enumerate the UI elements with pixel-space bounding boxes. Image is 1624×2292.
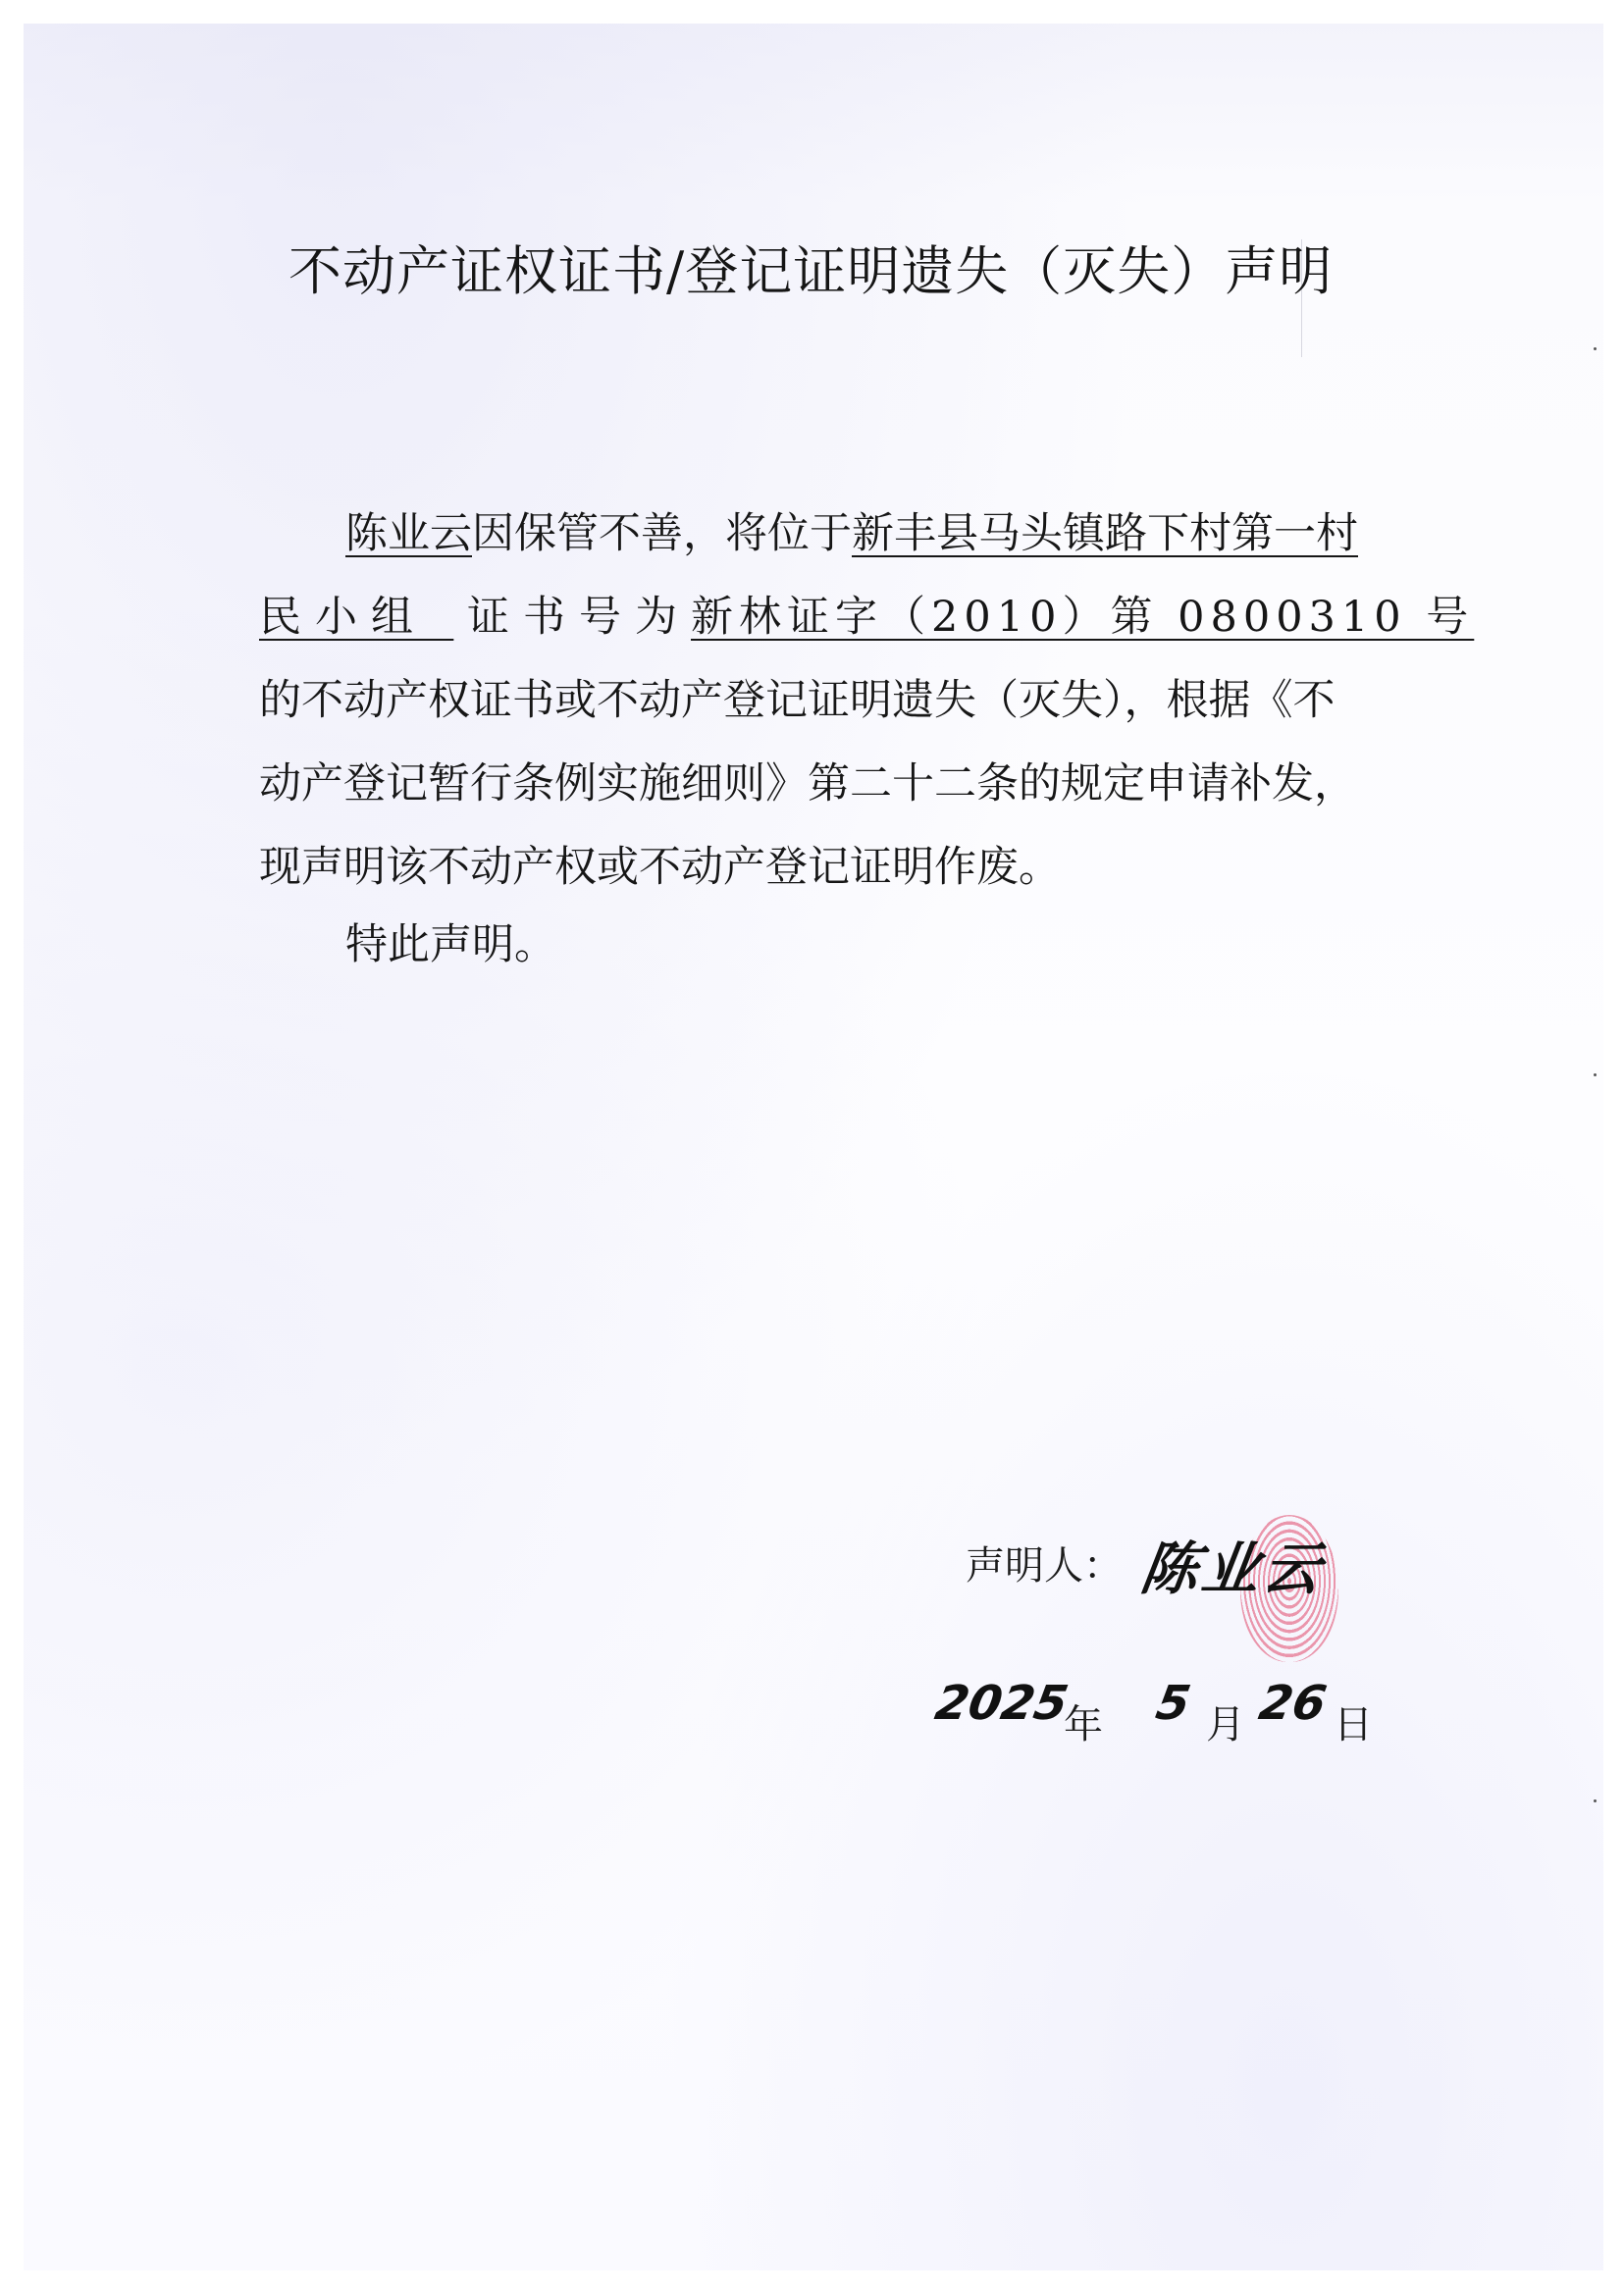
scanned-page: 不动产证权证书/登记证明遗失（灭失）声明 陈业云因保管不善，将位于新丰县马头镇路…: [24, 24, 1603, 2270]
body-text-b: 证书号为: [467, 593, 691, 642]
date-month-label: 月: [1206, 1693, 1245, 1749]
body-line-1: 陈业云因保管不善，将位于新丰县马头镇路下村第一村: [259, 493, 1397, 576]
declaration-body: 陈业云因保管不善，将位于新丰县马头镇路下村第一村 民小组 证书号为新林证字（20…: [259, 493, 1397, 910]
date-year: 2025: [931, 1676, 1072, 1731]
date-day-label: 日: [1334, 1693, 1373, 1749]
signature-block: 声明人： 陈业云: [966, 1515, 1397, 1633]
body-line-2: 民小组 证书号为新林证字（2010）第 0800310 号: [259, 576, 1397, 659]
scan-speck: [1594, 1799, 1597, 1802]
date-year-label: 年: [1064, 1693, 1103, 1749]
date-month: 5: [1152, 1676, 1194, 1731]
body-text-a: 因保管不善，将位于: [472, 509, 852, 558]
signature-label: 声明人：: [966, 1535, 1123, 1590]
closing-statement: 特此声明。: [345, 912, 556, 971]
date-day: 26: [1255, 1676, 1331, 1731]
document-title: 不动产证权证书/登记证明遗失（灭失）声明: [288, 230, 1368, 305]
scan-speck: [1594, 347, 1597, 350]
property-location-part1: 新丰县马头镇路下村第一村: [852, 509, 1358, 558]
scan-speck: [1594, 1073, 1597, 1076]
body-line-3: 的不动产权证书或不动产登记证明遗失（灭失），根据《不: [259, 659, 1397, 743]
declarant-name: 陈业云: [345, 509, 472, 558]
handwritten-signature: 陈业云: [1136, 1523, 1331, 1605]
body-line-4: 动产登记暂行条例实施细则》第二十二条的规定申请补发，: [259, 743, 1397, 826]
body-line-5: 现声明该不动产权或不动产登记证明作废。: [259, 826, 1397, 910]
certificate-number: 新林证字（2010）第 0800310 号: [691, 593, 1474, 642]
date-block: 2025 年 5 月 26 日: [936, 1672, 1407, 1750]
property-location-part2: 民小组: [259, 593, 427, 642]
